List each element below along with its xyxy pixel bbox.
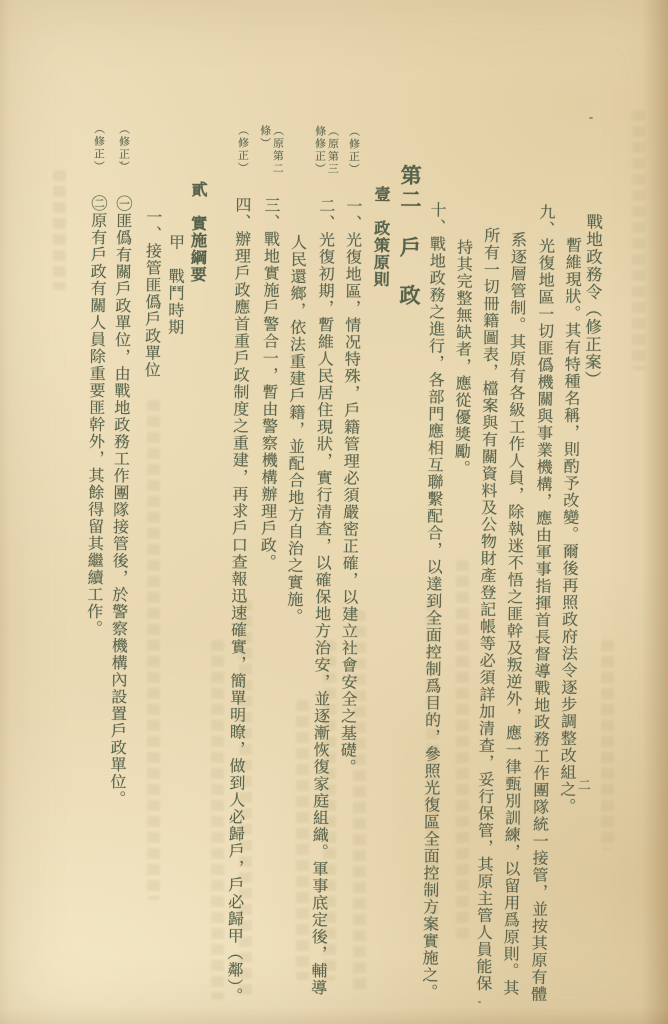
- item-9-column-1: 九、光復地區一切匪僞機關與事業機構，應由軍事指揮首長督導戰地政務工作團隊統一接管…: [526, 204, 556, 1003]
- measure-1-1-revision-note: （修正）: [116, 123, 130, 173]
- policy-1-revision-note: （修正）: [346, 126, 360, 176]
- measure-1-heading: 一、接管匪僞戶政單位: [139, 208, 163, 378]
- item-9-column-2: 系逐層管制。其原有各級工作人員，除執迷不悟之匪幹及叛逆外，應一律甄別訓練，以留用…: [498, 231, 528, 996]
- policy-4-revision-note: （修正）: [235, 124, 249, 174]
- item-9-column-4: 持其完整無缺者，應從優獎勵。: [449, 239, 473, 477]
- policy-2-column-2: 人民還鄉，依法重建戶籍，並配合地方自治之實施。: [282, 234, 308, 625]
- section-1-heading: 壹 政策原則: [368, 186, 391, 288]
- scanned-document-page: 戰地政務令（修正案） 二 暫維現狀。其有特種名稱，則酌予改變。爾後再照政府法令逐…: [0, 0, 668, 1024]
- policy-2-column-1: 二、光復初期，暫維人民居住現狀，實行清查，以確保地方治安，並逐漸恢復家庭組織。軍…: [306, 197, 336, 996]
- chapter-heading: 第二 戶 政: [397, 164, 423, 308]
- policy-4-column: 四、辦理戶政應首重戶政制度之重建，再求戶口查報迅速確實，簡單明瞭，做到人必歸戶，…: [222, 196, 252, 1004]
- carryover-paragraph: 暫維現狀。其有特種名稱，則酌予改變。爾後再照政府法令逐步調整改組之。: [555, 237, 583, 815]
- section-2-heading: 貳 實施綱要: [185, 181, 208, 283]
- policy-2-revision-note: （原第三條修正）: [312, 125, 339, 178]
- policy-3-column: 三、戰地實施戶警合一，暫由警察機構辦理戶政。: [255, 197, 281, 571]
- measure-1-2-column: ㊁原有戶政有關人員除重要匪幹外，其餘得留其繼續工作。: [81, 195, 108, 637]
- policy-3-revision-note: （原第二條）: [257, 125, 284, 178]
- subsection-heading: 甲 戰鬥時期: [163, 234, 186, 336]
- measure-1-1-column: ㊀匪僞有關戶政單位，由戰地政務工作團隊接管後，於警察機構內設置戶政單位。: [105, 195, 133, 807]
- text-layer: 戰地政務令（修正案） 二 暫維現狀。其有特種名稱，則酌予改變。爾後再照政府法令逐…: [0, 0, 668, 1024]
- policy-1-column: 一、光復地區，情况特殊，戶籍管理必須嚴密正確，以建立社會安全之基礎。: [335, 197, 363, 775]
- item-10-column: 十、戰地政務之進行，各部門應相互聯繫配合，以達到全面控制爲目的，參照光復區全面控…: [417, 201, 447, 1000]
- document-title: 戰地政務令（修正案）: [580, 213, 604, 388]
- item-9-column-3: 所有一切冊籍圖表，檔案與有關資料及公物財產登記帳等必須詳加清查，妥行保管，其原主…: [471, 227, 501, 992]
- measure-1-2-revision-note: （修正）: [91, 123, 105, 173]
